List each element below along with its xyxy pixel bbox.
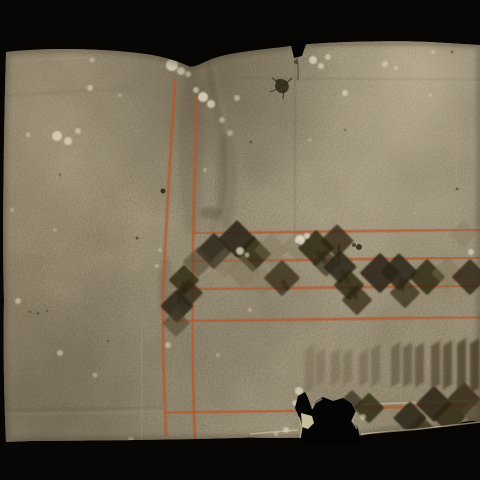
paint-fleck — [227, 130, 233, 136]
paint-fleck — [90, 58, 95, 63]
ink-speck — [29, 311, 32, 314]
paint-fleck — [283, 427, 289, 433]
paint-fleck — [309, 56, 317, 64]
paint-fleck — [207, 100, 215, 108]
paint-fleck — [308, 138, 312, 142]
blackletter-stroke — [359, 349, 368, 387]
crease — [141, 332, 142, 438]
blackletter-stroke — [331, 348, 340, 386]
paint-fleck — [15, 298, 21, 304]
fold-shadow — [200, 207, 222, 219]
paint-fleck — [87, 85, 93, 91]
paint-fleck — [360, 414, 366, 420]
ink-speck — [451, 51, 454, 54]
paint-fleck — [431, 50, 435, 54]
paint-fleck — [342, 90, 348, 96]
paint-fleck — [219, 117, 225, 123]
ink-speck — [352, 243, 356, 247]
paint-fleck — [304, 233, 310, 239]
paint-fleck — [198, 92, 208, 102]
paint-fleck — [64, 137, 72, 145]
paint-fleck — [325, 54, 331, 60]
paint-fleck — [382, 61, 388, 67]
paint-fleck — [26, 133, 31, 138]
blackletter-stroke — [457, 338, 466, 392]
ink-speck — [107, 340, 110, 343]
blackletter-stroke — [431, 340, 440, 390]
paint-fleck — [295, 235, 305, 245]
paint-fleck — [394, 66, 398, 70]
paint-fleck — [193, 87, 199, 93]
paint-fleck — [177, 67, 185, 75]
paint-fleck — [75, 128, 81, 134]
paint-fleck — [236, 247, 244, 255]
paint-fleck — [185, 71, 191, 77]
blackletter-stroke — [391, 342, 400, 388]
ink-speck — [136, 237, 139, 240]
paint-fleck — [318, 63, 324, 69]
paint-fleck — [155, 264, 159, 268]
blackletter-stroke — [316, 348, 325, 386]
ink-speck — [59, 174, 62, 177]
manuscript-photo-canvas — [0, 0, 480, 480]
ink-speck — [356, 244, 362, 250]
paint-fleck — [52, 131, 62, 141]
parchment-surface — [0, 0, 480, 480]
paint-fleck — [428, 93, 432, 97]
paint-fleck — [203, 168, 207, 172]
blackletter-stroke — [305, 344, 314, 394]
paint-fleck — [10, 208, 14, 212]
ink-speck — [46, 310, 48, 312]
blackletter-stroke — [415, 342, 424, 388]
blackletter-stroke — [371, 344, 380, 387]
paint-fleck — [468, 249, 474, 255]
paint-fleck — [93, 373, 98, 378]
paint-fleck — [216, 353, 220, 357]
paint-fleck — [165, 342, 171, 348]
paint-fleck — [57, 350, 63, 356]
ink-speck — [161, 189, 166, 194]
fold-shadow — [179, 65, 203, 235]
ink-speck — [37, 312, 40, 315]
blackletter-stroke — [343, 348, 352, 386]
paint-fleck — [245, 253, 250, 258]
ink-speck — [456, 188, 459, 191]
paint-fleck — [53, 228, 57, 232]
paint-fleck — [234, 95, 240, 101]
paint-fleck — [248, 308, 252, 312]
blackletter-stroke — [403, 342, 412, 388]
ink-speck — [344, 129, 347, 132]
paint-fleck — [118, 93, 122, 97]
manuscript-photo — [0, 0, 480, 480]
ink-speck — [250, 141, 253, 144]
blackletter-stroke — [443, 340, 452, 390]
paint-fleck — [295, 387, 303, 395]
paint-fleck — [158, 248, 162, 252]
